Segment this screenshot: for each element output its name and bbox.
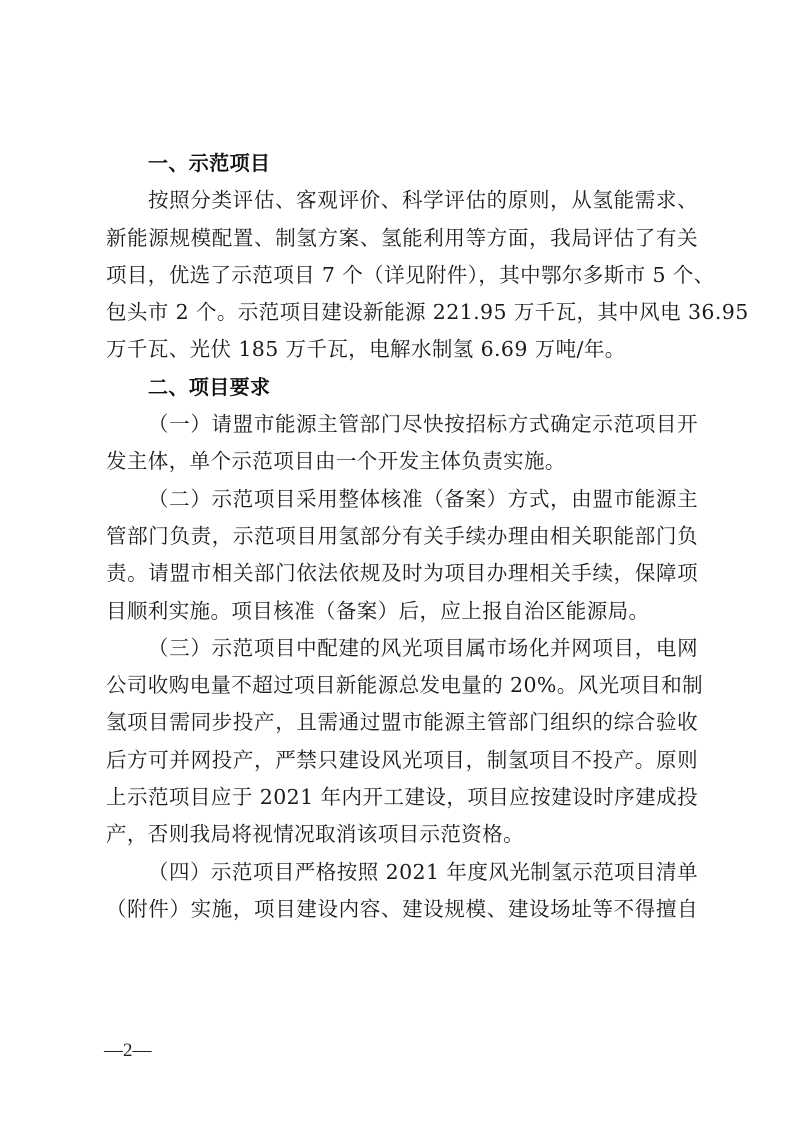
paragraph-line: 新能源规模配置、制氢方案、氢能利用等方面，我局评估了有关	[106, 220, 698, 257]
page-number: —2—	[104, 1040, 152, 1062]
paragraph-line: （一）请盟市能源主管部门尽快按招标方式确定示范项目开	[106, 406, 698, 443]
paragraph-line: 万千瓦、光伏 185 万千瓦，电解水制氢 6.69 万吨/年。	[106, 331, 698, 368]
paragraph-line: 产，否则我局将视情况取消该项目示范资格。	[106, 816, 698, 853]
paragraph-line: 氢项目需同步投产，且需通过盟市能源主管部门组织的综合验收	[106, 704, 698, 741]
paragraph-line: 上示范项目应于 2021 年内开工建设，项目应按建设时序建成投	[106, 779, 698, 816]
paragraph-line: 发主体，单个示范项目由一个开发主体负责实施。	[106, 443, 698, 480]
paragraph-line: （三）示范项目中配建的风光项目属市场化并网项目，电网	[106, 630, 698, 667]
paragraph-line: 项目，优选了示范项目 7 个（详见附件），其中鄂尔多斯市 5 个、	[106, 257, 698, 294]
paragraph-line: 责。请盟市相关部门依法依规及时为项目办理相关手续，保障项	[106, 555, 698, 592]
document-page: 一、示范项目 按照分类评估、客观评价、科学评估的原则，从氢能需求、 新能源规模配…	[0, 0, 800, 1131]
paragraph-line: 后方可并网投产，严禁只建设风光项目，制氢项目不投产。原则	[106, 742, 698, 779]
paragraph-line: 管部门负责，示范项目用氢部分有关手续办理由相关职能部门负	[106, 518, 698, 555]
paragraph-line: （二）示范项目采用整体核准（备案）方式，由盟市能源主	[106, 481, 698, 518]
paragraph-line: 包头市 2 个。示范项目建设新能源 221.95 万千瓦，其中风电 36.95	[106, 294, 698, 331]
document-body: 一、示范项目 按照分类评估、客观评价、科学评估的原则，从氢能需求、 新能源规模配…	[106, 145, 698, 928]
section-heading-project-requirements: 二、项目要求	[106, 369, 698, 406]
paragraph-line: （四）示范项目严格按照 2021 年度风光制氢示范项目清单	[106, 854, 698, 891]
section-heading-demo-projects: 一、示范项目	[106, 145, 698, 182]
paragraph-line: 目顺利实施。项目核准（备案）后，应上报自治区能源局。	[106, 593, 698, 630]
paragraph-line: 公司收购电量不超过项目新能源总发电量的 20%。风光项目和制	[106, 667, 698, 704]
paragraph-line: （附件）实施，项目建设内容、建设规模、建设场址等不得擅自	[106, 891, 698, 928]
paragraph-line: 按照分类评估、客观评价、科学评估的原则，从氢能需求、	[106, 182, 698, 219]
